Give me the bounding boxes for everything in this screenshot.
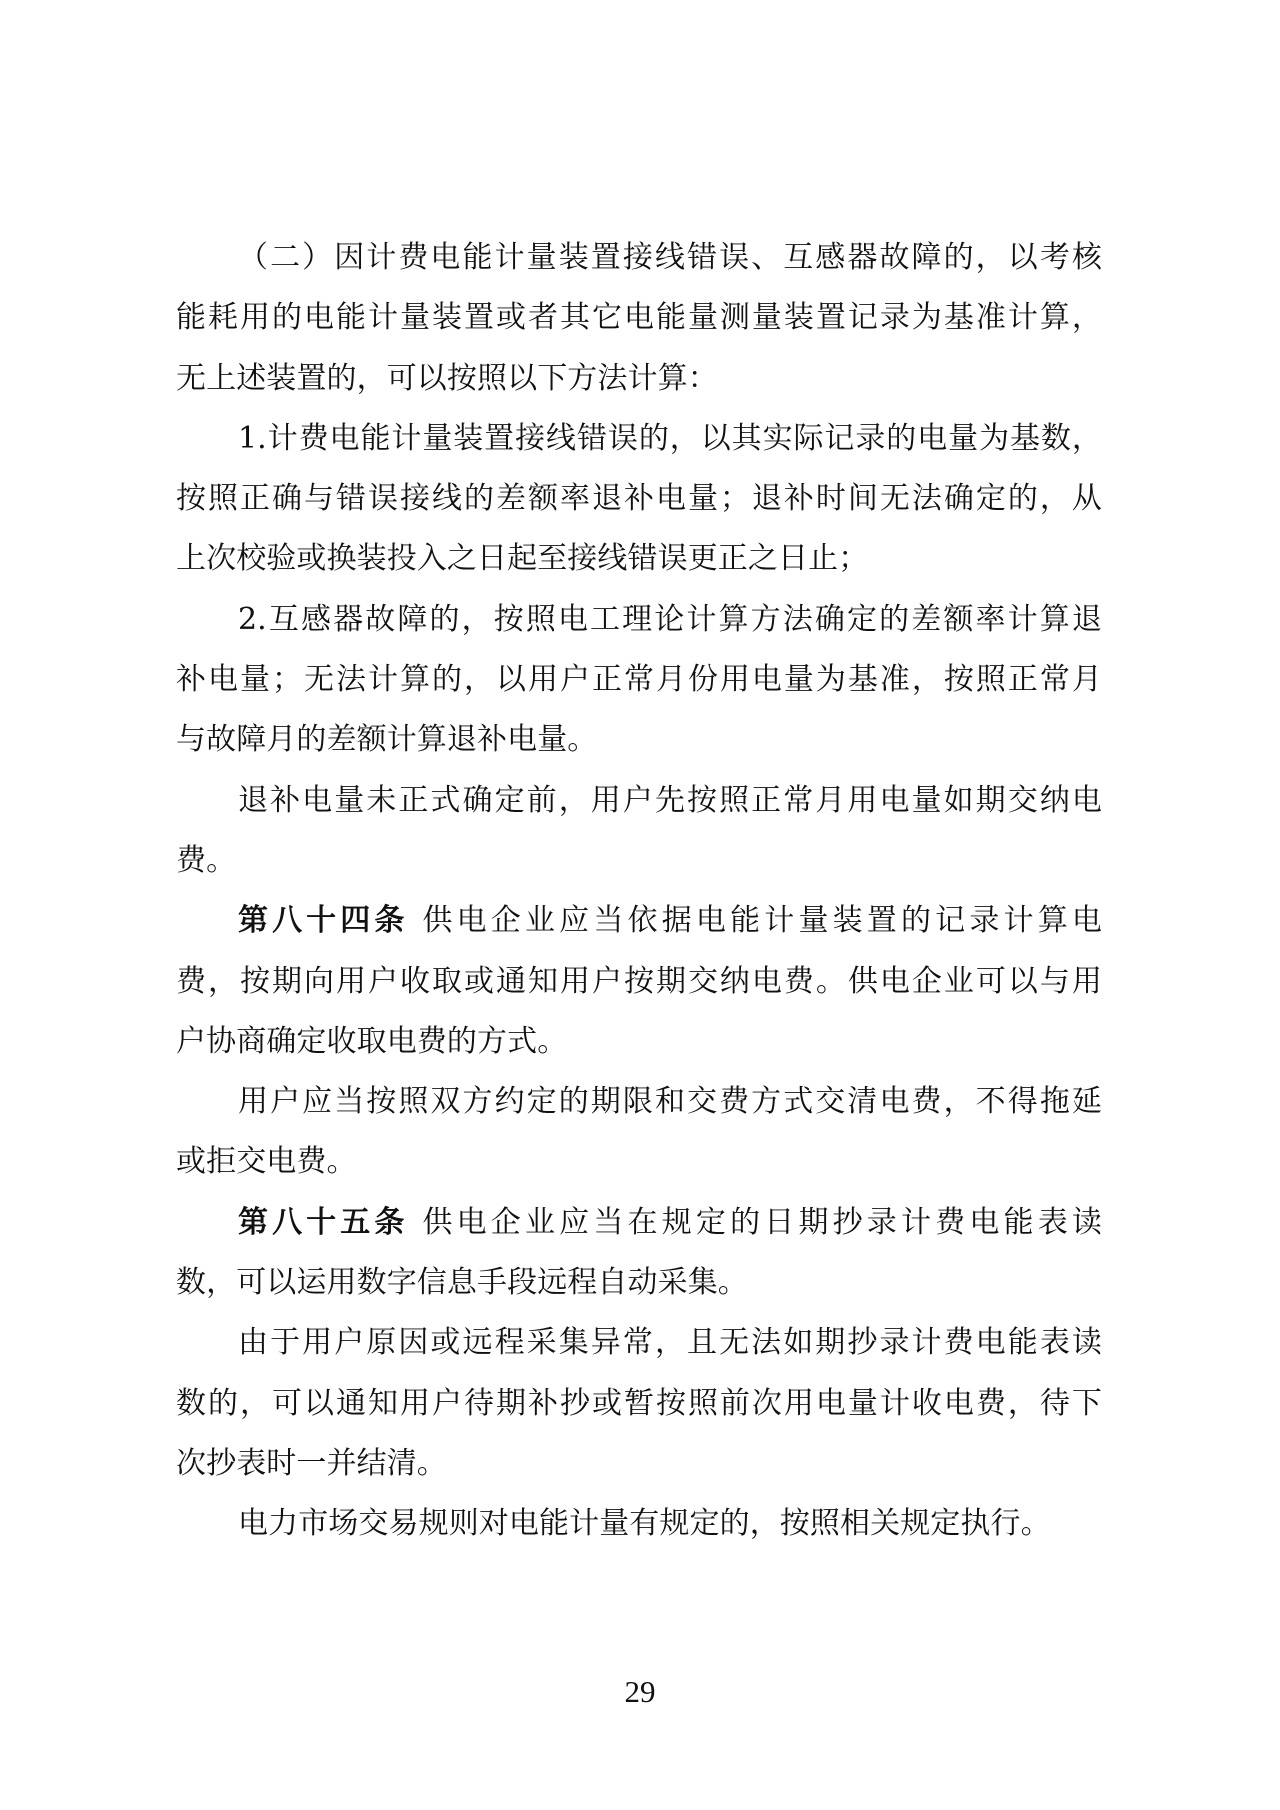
paragraph-line: 或拒交电费。	[176, 1132, 1102, 1192]
paragraph-line: 户协商确定收取电费的方式。	[176, 1012, 1102, 1072]
paragraph-line: 2.互感器故障的，按照电工理论计算方法确定的差额率计算退	[176, 590, 1102, 650]
paragraph-line: 次抄表时一并结清。	[176, 1434, 1102, 1494]
paragraph-line: 数，可以运用数字信息手段远程自动采集。	[176, 1253, 1102, 1313]
paragraph-line: 1.计费电能计量装置接线错误的，以其实际记录的电量为基数，	[176, 409, 1102, 469]
text-line: 与故障月的差额计算退补电量。	[176, 710, 1102, 770]
text-line: 1.计费电能计量装置接线错误的，以其实际记录的电量为基数，	[176, 409, 1102, 469]
paragraph-line: 无上述装置的，可以按照以下方法计算：	[176, 349, 1102, 409]
paragraph-line: 按照正确与错误接线的差额率退补电量；退补时间无法确定的，从	[176, 469, 1102, 529]
paragraph-line: 补电量；无法计算的，以用户正常月份用电量为基准，按照正常月	[176, 650, 1102, 710]
text-line: 第八十五条供电企业应当在规定的日期抄录计费电能表读	[176, 1193, 1102, 1253]
article-heading-84: 第八十四条	[238, 903, 408, 938]
text-line: （二）因计费电能计量装置接线错误、互感器故障的，以考核	[176, 228, 1102, 288]
page-number: 29	[0, 1674, 1280, 1710]
paragraph-line: 数的，可以通知用户待期补抄或暂按照前次用电量计收电费，待下	[176, 1374, 1102, 1434]
paragraph-line: 能耗用的电能计量装置或者其它电能量测量装置记录为基准计算，	[176, 288, 1102, 348]
paragraph-line: 与故障月的差额计算退补电量。	[176, 710, 1102, 770]
text-line: 数，可以运用数字信息手段远程自动采集。	[176, 1253, 1102, 1313]
article-text: 供电企业应当依据电能计量装置的记录计算电	[422, 903, 1102, 938]
text-line: 用户应当按照双方约定的期限和交费方式交清电费，不得拖延	[176, 1072, 1102, 1132]
paragraph-line: 费。	[176, 831, 1102, 891]
article-text: 供电企业应当在规定的日期抄录计费电能表读	[422, 1205, 1102, 1240]
text-line: 费，按期向用户收取或通知用户按期交纳电费。供电企业可以与用	[176, 952, 1102, 1012]
text-line: 或拒交电费。	[176, 1132, 1102, 1192]
text-line: 户协商确定收取电费的方式。	[176, 1012, 1102, 1072]
text-line: 费。	[176, 831, 1102, 891]
text-line: 由于用户原因或远程采集异常，且无法如期抄录计费电能表读	[176, 1313, 1102, 1373]
text-line: 退补电量未正式确定前，用户先按照正常月用电量如期交纳电	[176, 771, 1102, 831]
paragraph-line: 上次校验或换装投入之日起至接线错误更正之日止；	[176, 529, 1102, 589]
text-line: 次抄表时一并结清。	[176, 1434, 1102, 1494]
paragraph-line: 退补电量未正式确定前，用户先按照正常月用电量如期交纳电	[176, 771, 1102, 831]
article-heading-85: 第八十五条	[238, 1205, 408, 1240]
text-line: 上次校验或换装投入之日起至接线错误更正之日止；	[176, 529, 1102, 589]
text-line: 2.互感器故障的，按照电工理论计算方法确定的差额率计算退	[176, 590, 1102, 650]
article-84-line: 第八十四条供电企业应当依据电能计量装置的记录计算电	[176, 891, 1102, 951]
document-page: （二）因计费电能计量装置接线错误、互感器故障的，以考核 能耗用的电能计量装置或者…	[0, 0, 1280, 1810]
paragraph-line: （二）因计费电能计量装置接线错误、互感器故障的，以考核	[176, 228, 1102, 288]
document-body: （二）因计费电能计量装置接线错误、互感器故障的，以考核 能耗用的电能计量装置或者…	[176, 228, 1102, 1555]
paragraph-line: 费，按期向用户收取或通知用户按期交纳电费。供电企业可以与用	[176, 952, 1102, 1012]
paragraph-line: 用户应当按照双方约定的期限和交费方式交清电费，不得拖延	[176, 1072, 1102, 1132]
paragraph-line: 由于用户原因或远程采集异常，且无法如期抄录计费电能表读	[176, 1313, 1102, 1373]
article-85-line: 第八十五条供电企业应当在规定的日期抄录计费电能表读	[176, 1193, 1102, 1253]
text-line: 能耗用的电能计量装置或者其它电能量测量装置记录为基准计算，	[176, 288, 1102, 348]
text-line: 补电量；无法计算的，以用户正常月份用电量为基准，按照正常月	[176, 650, 1102, 710]
text-line: 第八十四条供电企业应当依据电能计量装置的记录计算电	[176, 891, 1102, 951]
text-line: 无上述装置的，可以按照以下方法计算：	[176, 349, 1102, 409]
text-line: 电力市场交易规则对电能计量有规定的，按照相关规定执行。	[176, 1494, 1102, 1554]
text-line: 按照正确与错误接线的差额率退补电量；退补时间无法确定的，从	[176, 469, 1102, 529]
paragraph-line: 电力市场交易规则对电能计量有规定的，按照相关规定执行。	[176, 1494, 1102, 1554]
text-line: 数的，可以通知用户待期补抄或暂按照前次用电量计收电费，待下	[176, 1374, 1102, 1434]
